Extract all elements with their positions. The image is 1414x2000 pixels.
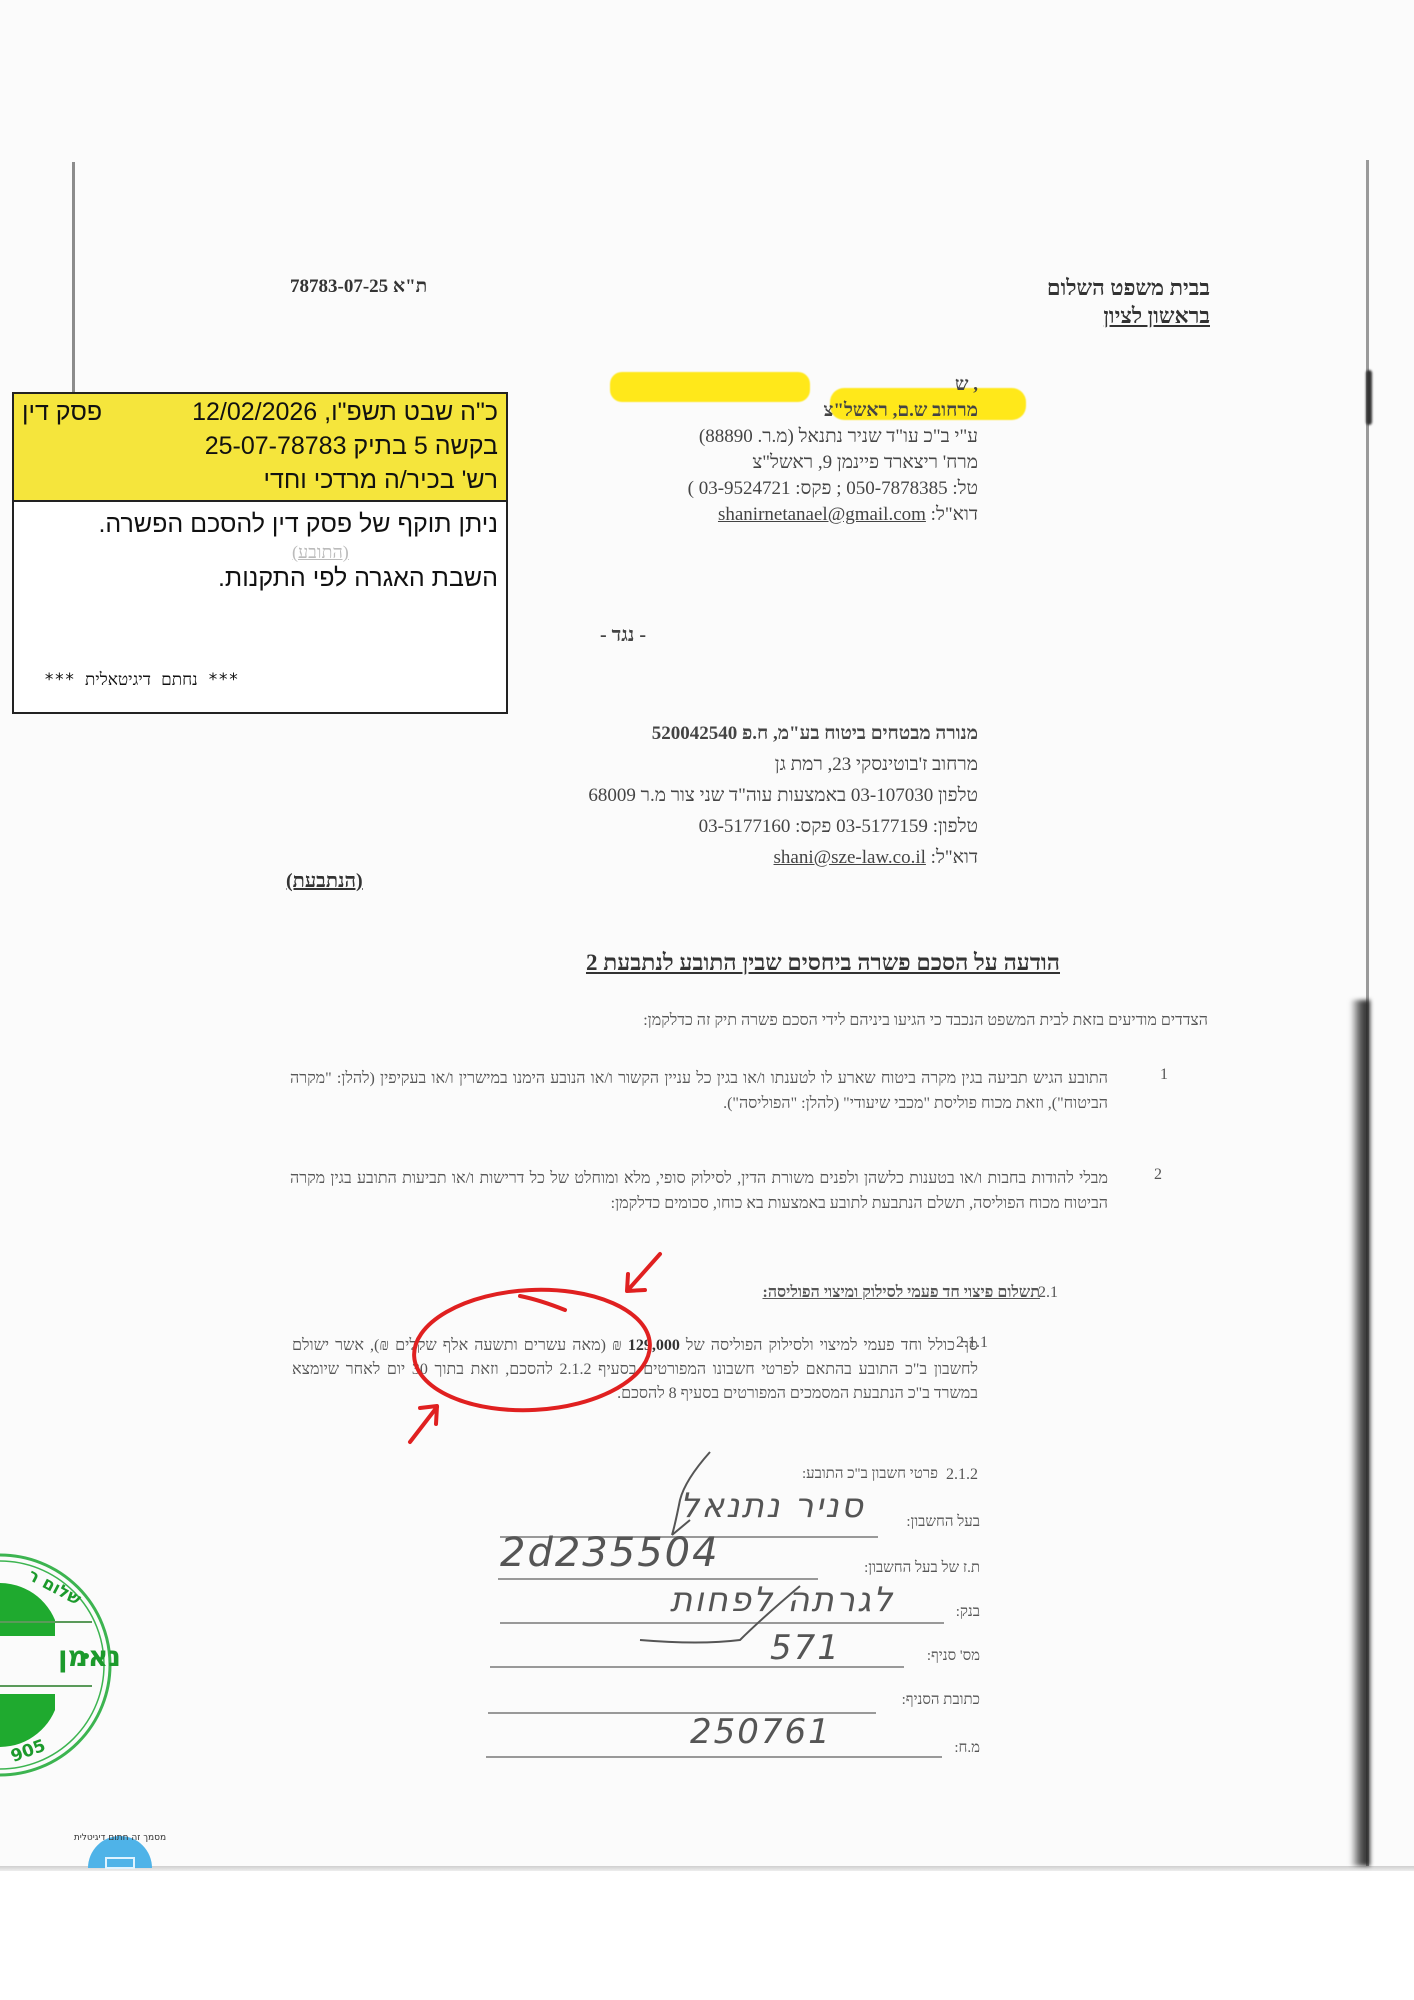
scan-blot (1366, 370, 1372, 425)
versus-label: - נגד - (600, 624, 646, 647)
clause-number: 1 (1160, 1066, 1168, 1084)
section-title: תשלום פיצוי חד פעמי לסילוק ומיצוי הפוליס… (763, 1284, 1041, 1302)
clause-text: מבלי להודות בחבות ו/או בטענות כלשהן ולפנ… (290, 1166, 1108, 1216)
field-label-id: ת.ז של בעל החשבון: (864, 1560, 980, 1577)
bank-details-title: פרטי חשבון ב"כ התובע: (802, 1466, 938, 1483)
payment-clause: סך כולל וחד פעמי למיצוי ולסילוק הפוליסה … (292, 1334, 978, 1406)
decision-date: כ"ה שבט תשפ"ו, 12/02/2026 (192, 398, 498, 427)
clause-text: התובע הגיש תביעה בגין מקרה ביטוח שארע לו… (290, 1066, 1108, 1116)
section-number: 2.1 (1038, 1284, 1058, 1302)
scan-left-line (72, 162, 75, 394)
court-decision-stamp: כ"ה שבט תשפ"ו, 12/02/2026 פסק דין בקשה 5… (12, 392, 508, 714)
email-label: דוא"ל: (931, 504, 978, 525)
handwritten-bank[interactable]: לגרתה לפחות (670, 1580, 894, 1620)
decision-ghost-text: (התובע) (292, 542, 349, 563)
defendant-email-link[interactable]: shani@sze-law.co.il (774, 847, 926, 868)
court-name: בבית משפט השלום בראשון לציון (1047, 274, 1210, 330)
field-label-account-number: מ.ח: (954, 1740, 980, 1757)
document-intro: הצדדים מודיעים בזאת לבית המשפט הנכבד כי … (643, 1012, 1208, 1030)
email-label: דוא"ל: (931, 847, 978, 868)
document-title: הודעה על הסכם פשרה ביחסים שבין התובע לנת… (586, 950, 1060, 976)
decision-registrar: רש' בכיר/ה מרדכי וחדי (264, 466, 499, 495)
decision-body-line2: השבת האגרה לפי התקנות. (218, 564, 498, 593)
verdict-label: פסק דין (22, 398, 102, 427)
scan-shadow (1350, 1000, 1370, 1866)
plaintiff-block: , ש מרחוב ש.ם, ראשל"צ ע"י ב"כ עו"ד שניר … (688, 372, 978, 528)
handwritten-branch-number[interactable]: 571 (770, 1628, 841, 1668)
field-line (486, 1756, 942, 1758)
field-label-account-owner: בעל החשבון: (906, 1514, 980, 1531)
plaintiff-email-link[interactable]: shanirnetanael@gmail.com (718, 504, 926, 525)
field-line (490, 1666, 904, 1668)
digital-signature-note: *** נחתם דיגיטאלית *** (44, 670, 239, 690)
decision-body-line1: ניתן תוקף של פסק דין להסכם הפשרה. (98, 510, 498, 539)
defendant-address: מרחוב ז'בוטינסקי 23, רמת גן (588, 749, 978, 780)
defendant-phone1: טלפון 03-107030 באמצעות עוה"ד שני צור מ.… (588, 780, 978, 811)
handwritten-id[interactable]: 2d235504 (500, 1530, 720, 1576)
defendant-email-row: דוא"ל: shani@sze-law.co.il (588, 842, 978, 873)
field-line (500, 1622, 944, 1624)
payment-text-before: סך כולל וחד פעמי למיצוי ולסילוק הפוליסה … (680, 1337, 978, 1354)
decision-header: כ"ה שבט תשפ"ו, 12/02/2026 פסק דין בקשה 5… (14, 394, 506, 502)
plaintiff-attorney: ע"י ב"כ עו"ד שניר נתנאל (מ.ר. 88890) (688, 424, 978, 450)
defendant-name: מנורה מבטחים ביטוח בע"מ, ח.פ 520042540 (588, 718, 978, 749)
court-name-line2: בראשון לציון (1047, 302, 1210, 330)
field-label-branch-address: כתובת הסניף: (902, 1692, 980, 1709)
defendant-block: מנורה מבטחים ביטוח בע"מ, ח.פ 520042540 מ… (588, 718, 978, 873)
payment-amount: 129,000 (628, 1337, 680, 1354)
handwritten-account-owner[interactable]: סניר נתנאל (680, 1486, 865, 1526)
clause-number: 2 (1154, 1166, 1162, 1184)
court-name-line1: בבית משפט השלום (1047, 274, 1210, 302)
handwritten-account-number[interactable]: 250761 (690, 1712, 832, 1752)
plaintiff-name: , ש (688, 372, 978, 398)
page-bottom-edge (0, 1866, 1414, 1871)
section-number: 2.1.2 (946, 1466, 978, 1484)
plaintiff-email-row: דוא"ל: shanirnetanael@gmail.com (688, 502, 978, 528)
defendant-role: (הנתבעת) (286, 870, 363, 893)
plaintiff-attorney-address: מרח' ריצארד פיינמן 9, ראשל"צ (688, 450, 978, 476)
field-label-branch-number: מס' סניף: (927, 1648, 980, 1665)
decision-request: בקשה 5 בתיק 25-07-78783 (205, 432, 498, 461)
plaintiff-address: מרחוב ש.ם, ראשל"צ (688, 398, 978, 424)
case-number: ת"א 78783-07-25 (290, 276, 427, 298)
plaintiff-phones: טל: 050-7878385 ; פקס: 03-9524721 ) (688, 476, 978, 502)
field-label-bank: בנק: (956, 1604, 980, 1621)
defendant-phone2: טלפון: 03-5177159 פקס: 03-5177160 (588, 811, 978, 842)
